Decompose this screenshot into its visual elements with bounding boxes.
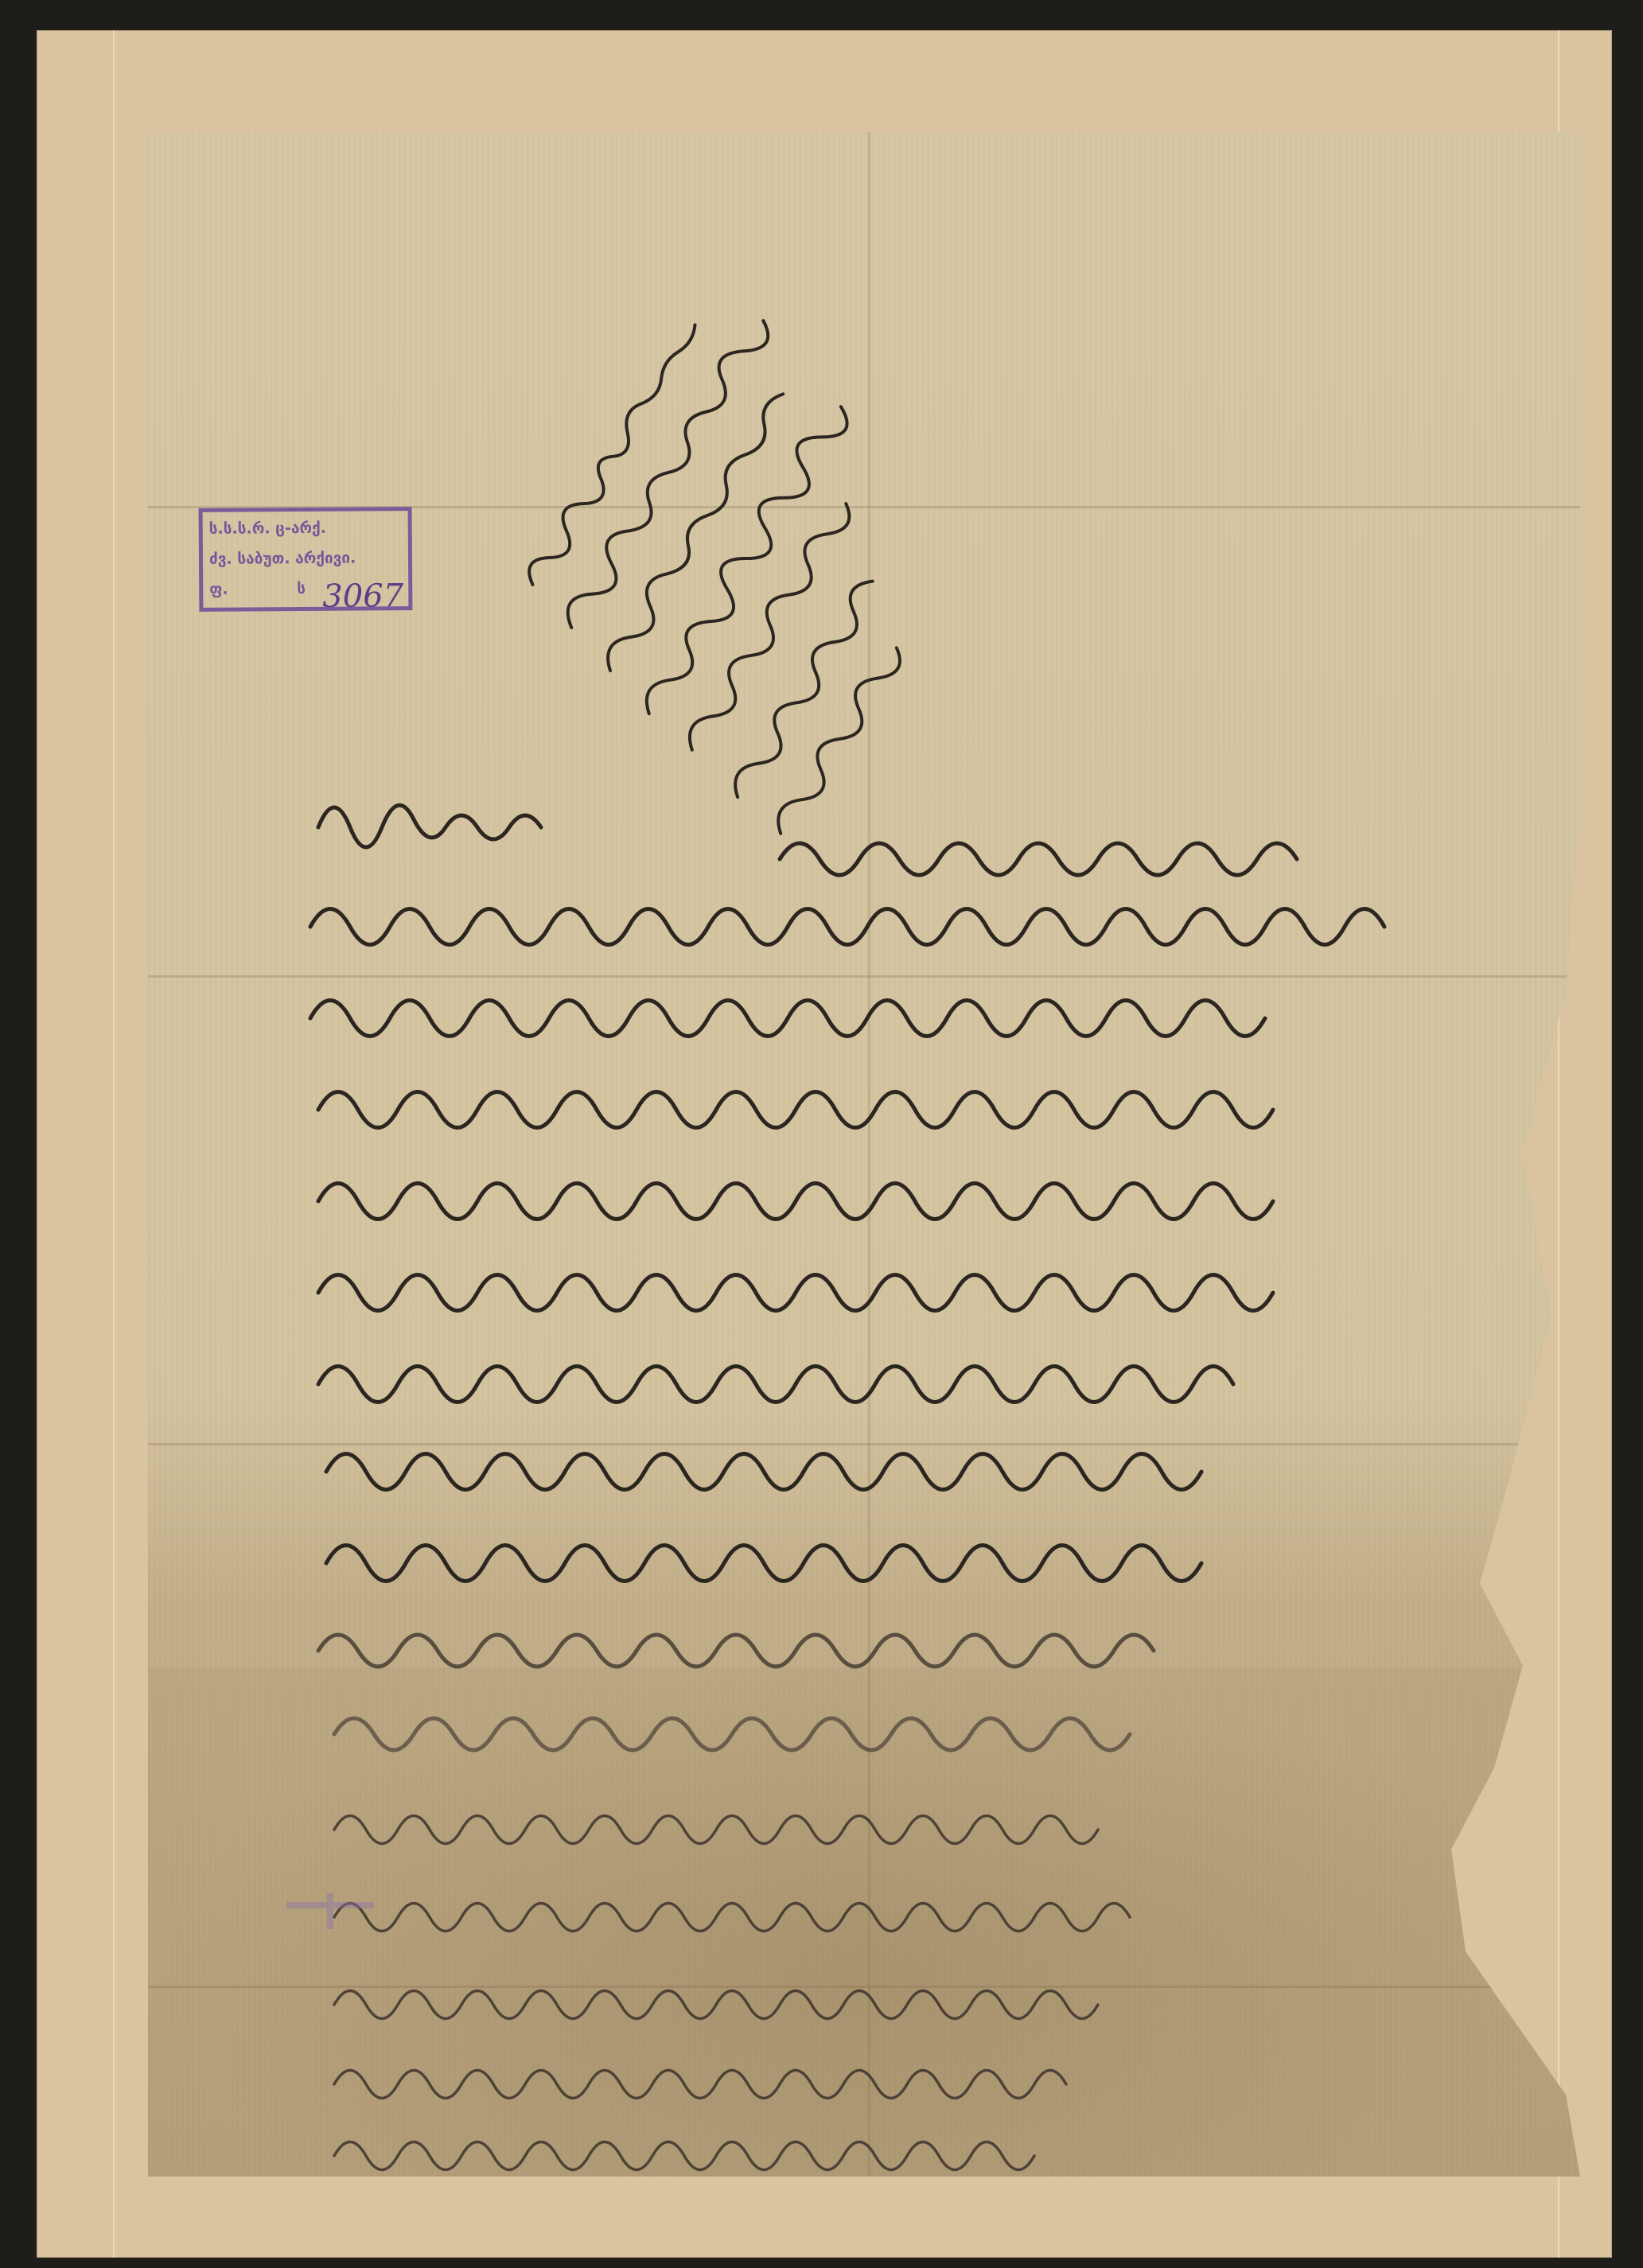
main-text-lines (310, 805, 1384, 1750)
handwriting-layer (0, 0, 1643, 2268)
lower-text-lines (334, 1816, 1130, 2170)
diagonal-annotation (481, 285, 1017, 839)
faint-stamp-trace (282, 1885, 378, 1933)
